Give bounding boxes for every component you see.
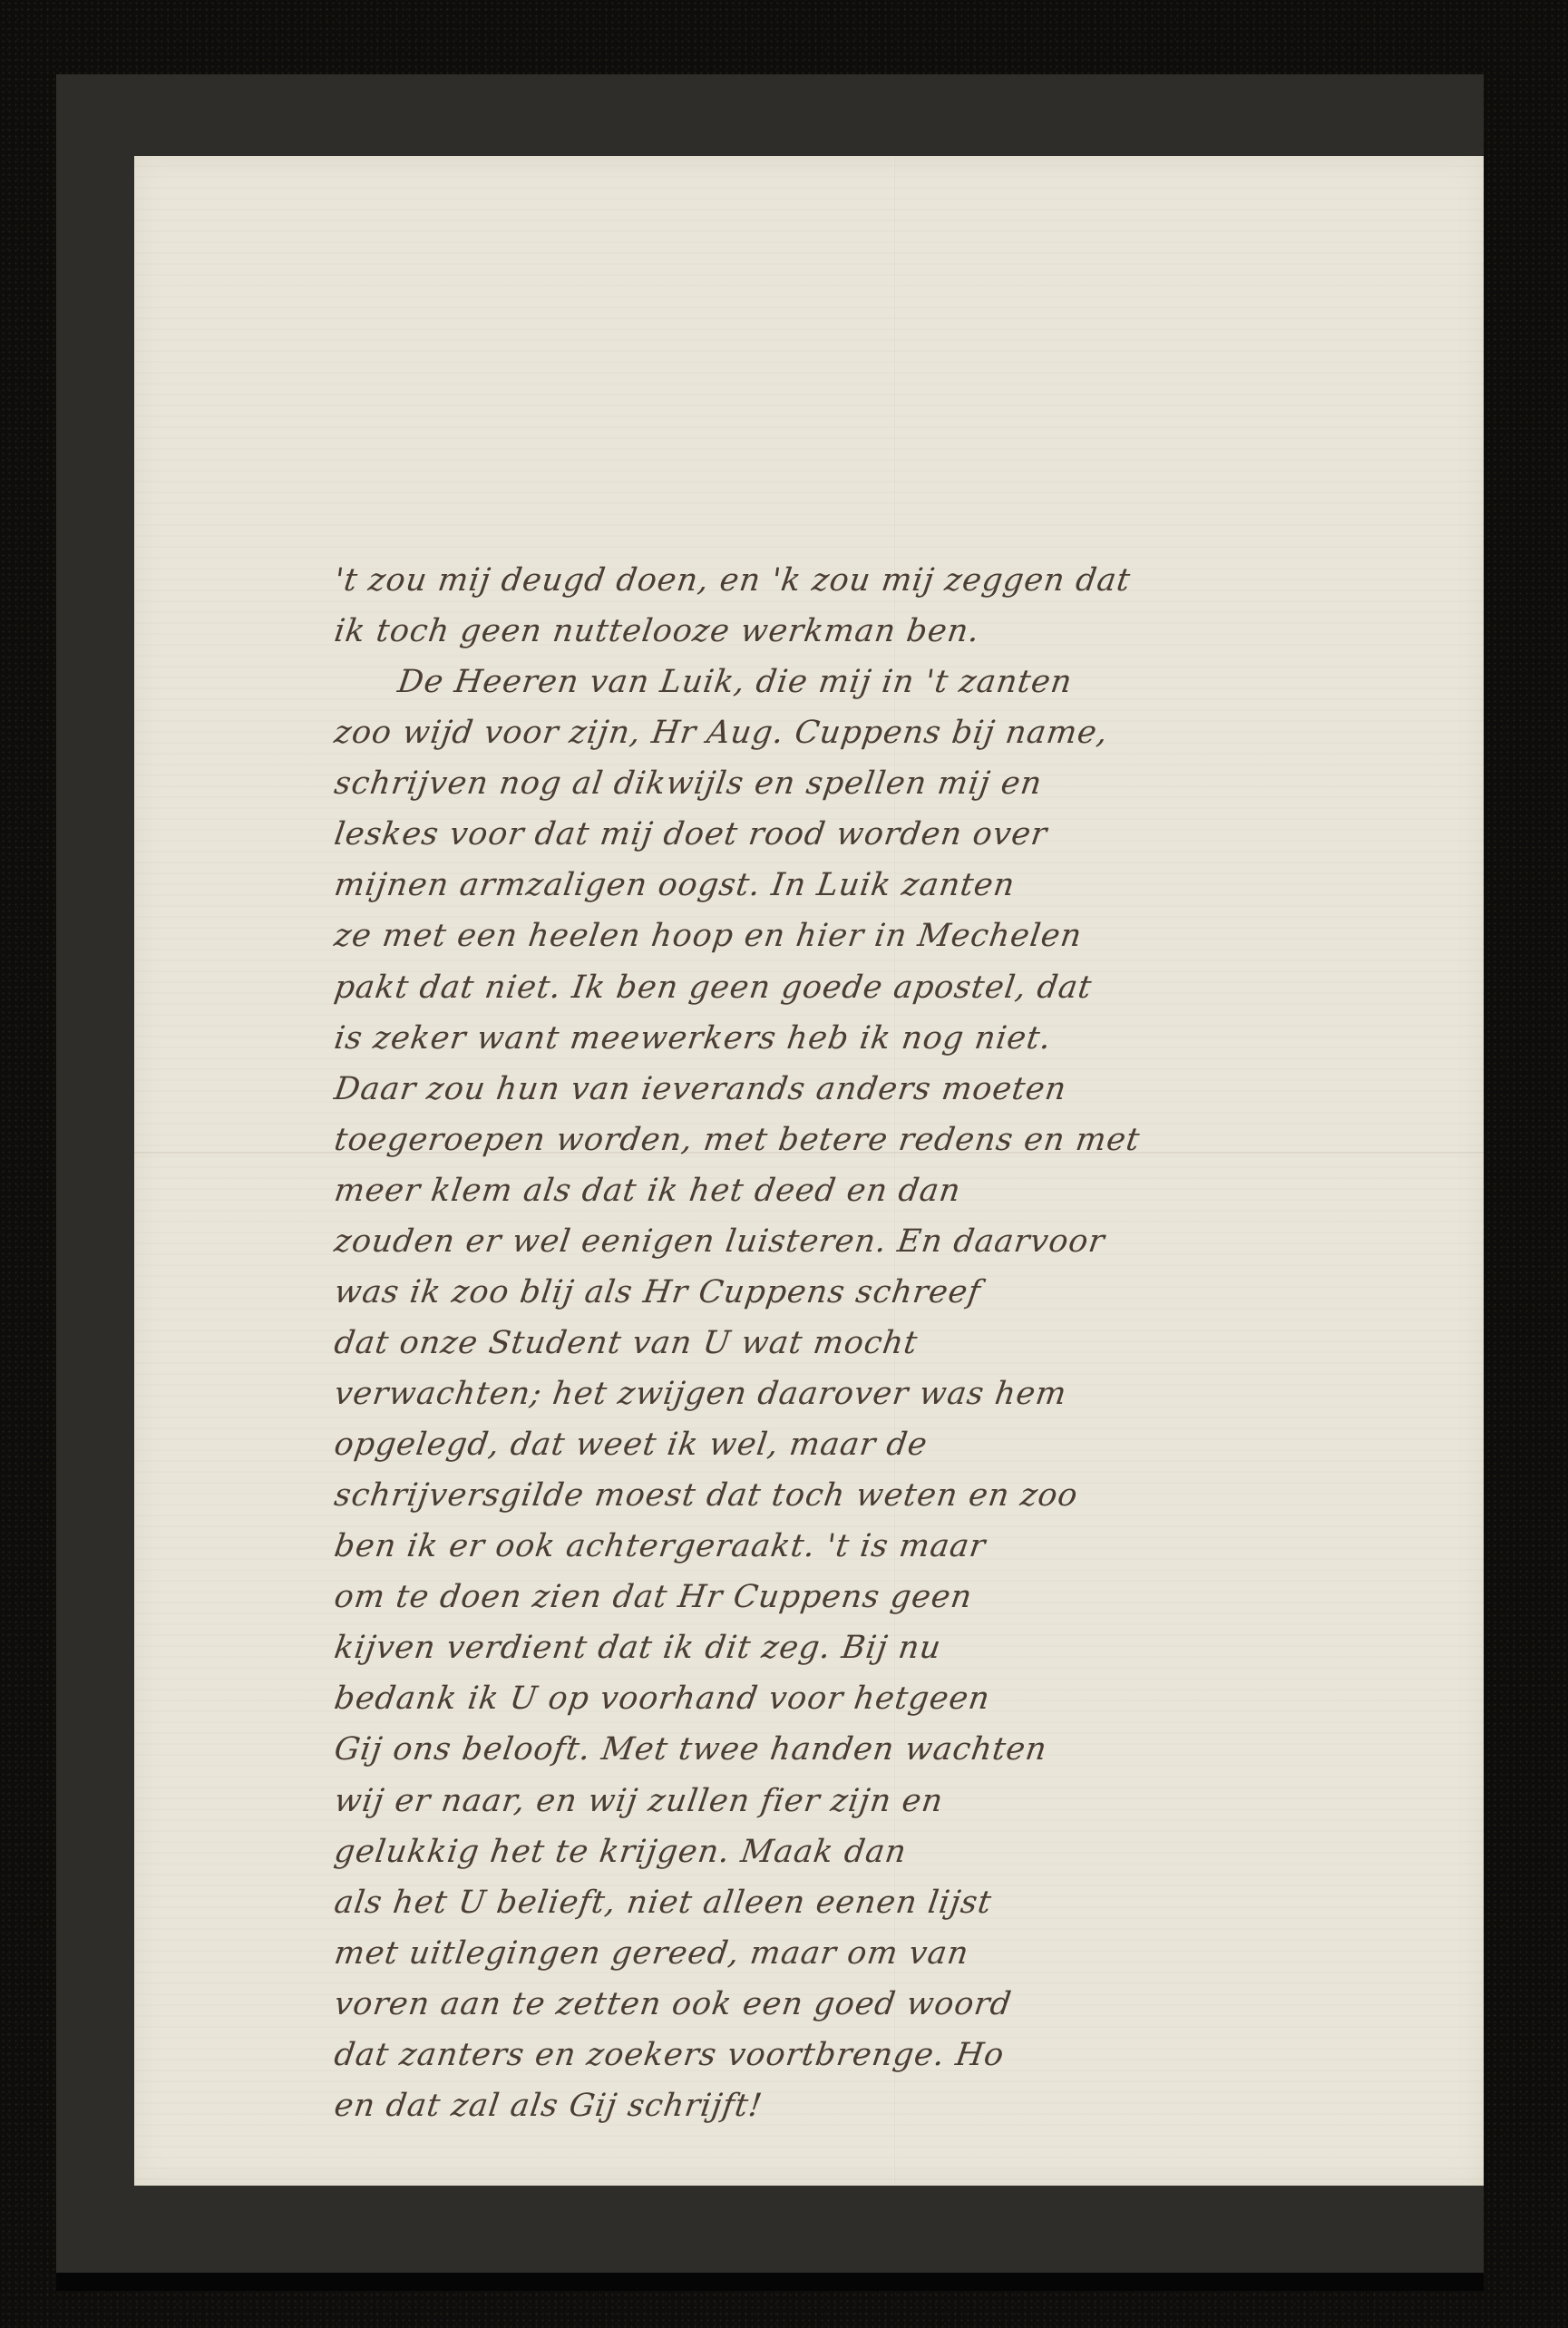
letter-line: verwachten; het zwijgen daarover was hem — [331, 1369, 1481, 1419]
letter-line: gelukkig het te krijgen. Maak dan — [331, 1826, 1481, 1877]
letter-line: zouden er wel eenigen luisteren. En daar… — [331, 1216, 1481, 1267]
letter-line: Gij ons belooft. Met twee handen wachten — [331, 1724, 1481, 1775]
letter-line: De Heeren van Luik, die mij in 't zanten — [331, 657, 1481, 707]
letter-line: Daar zou hun van ieverands anders moeten — [331, 1064, 1481, 1115]
letter-line: ben ik er ook achtergeraakt. 't is maar — [331, 1521, 1481, 1572]
letter-line: ik toch geen nuttelooze werkman ben. — [331, 606, 1481, 657]
letter-line: schrijven nog al dikwijls en spellen mij… — [331, 758, 1481, 809]
letter-line: om te doen zien dat Hr Cuppens geen — [331, 1572, 1481, 1622]
letter-line: ze met een heelen hoop en hier in Mechel… — [331, 911, 1481, 961]
letter-line: wij er naar, en wij zullen fier zijn en — [331, 1776, 1481, 1826]
letter-line: 't zou mij deugd doen, en 'k zou mij zeg… — [331, 555, 1481, 606]
letter-line: is zeker want meewerkers heb ik nog niet… — [331, 1013, 1481, 1064]
letter-line: pakt dat niet. Ik ben geen goede apostel… — [331, 962, 1481, 1013]
letter-line: dat onze Student van U wat mocht — [331, 1318, 1481, 1369]
handwritten-letter-body: 't zou mij deugd doen, en 'k zou mij zeg… — [331, 555, 1474, 2131]
letter-line: zoo wijd voor zijn, Hr Aug. Cuppens bij … — [331, 707, 1481, 758]
letter-line: meer klem als dat ik het deed en dan — [331, 1165, 1481, 1216]
letter-line: met uitlegingen gereed, maar om van — [331, 1928, 1481, 1979]
letter-line: en dat zal als Gij schrijft! — [331, 2080, 1481, 2131]
letter-line: mijnen armzaligen oogst. In Luik zanten — [331, 860, 1481, 911]
letter-line: schrijversgilde moest dat toch weten en … — [331, 1470, 1481, 1521]
letter-line: bedank ik U op voorhand voor hetgeen — [331, 1673, 1481, 1724]
letter-line: leskes voor dat mij doet rood worden ove… — [331, 809, 1481, 860]
letter-line: voren aan te zetten ook een goed woord — [331, 1979, 1481, 2030]
letter-line: opgelegd, dat weet ik wel, maar de — [331, 1419, 1481, 1470]
letter-line: kijven verdient dat ik dit zeg. Bij nu — [331, 1622, 1481, 1673]
letter-line: was ik zoo blij als Hr Cuppens schreef — [331, 1267, 1481, 1318]
letter-line: als het U belieft, niet alleen eenen lij… — [331, 1877, 1481, 1928]
letter-line: toegeroepen worden, met betere redens en… — [331, 1115, 1481, 1165]
letter-line: dat zanters en zoekers voortbrenge. Ho — [331, 2030, 1481, 2080]
